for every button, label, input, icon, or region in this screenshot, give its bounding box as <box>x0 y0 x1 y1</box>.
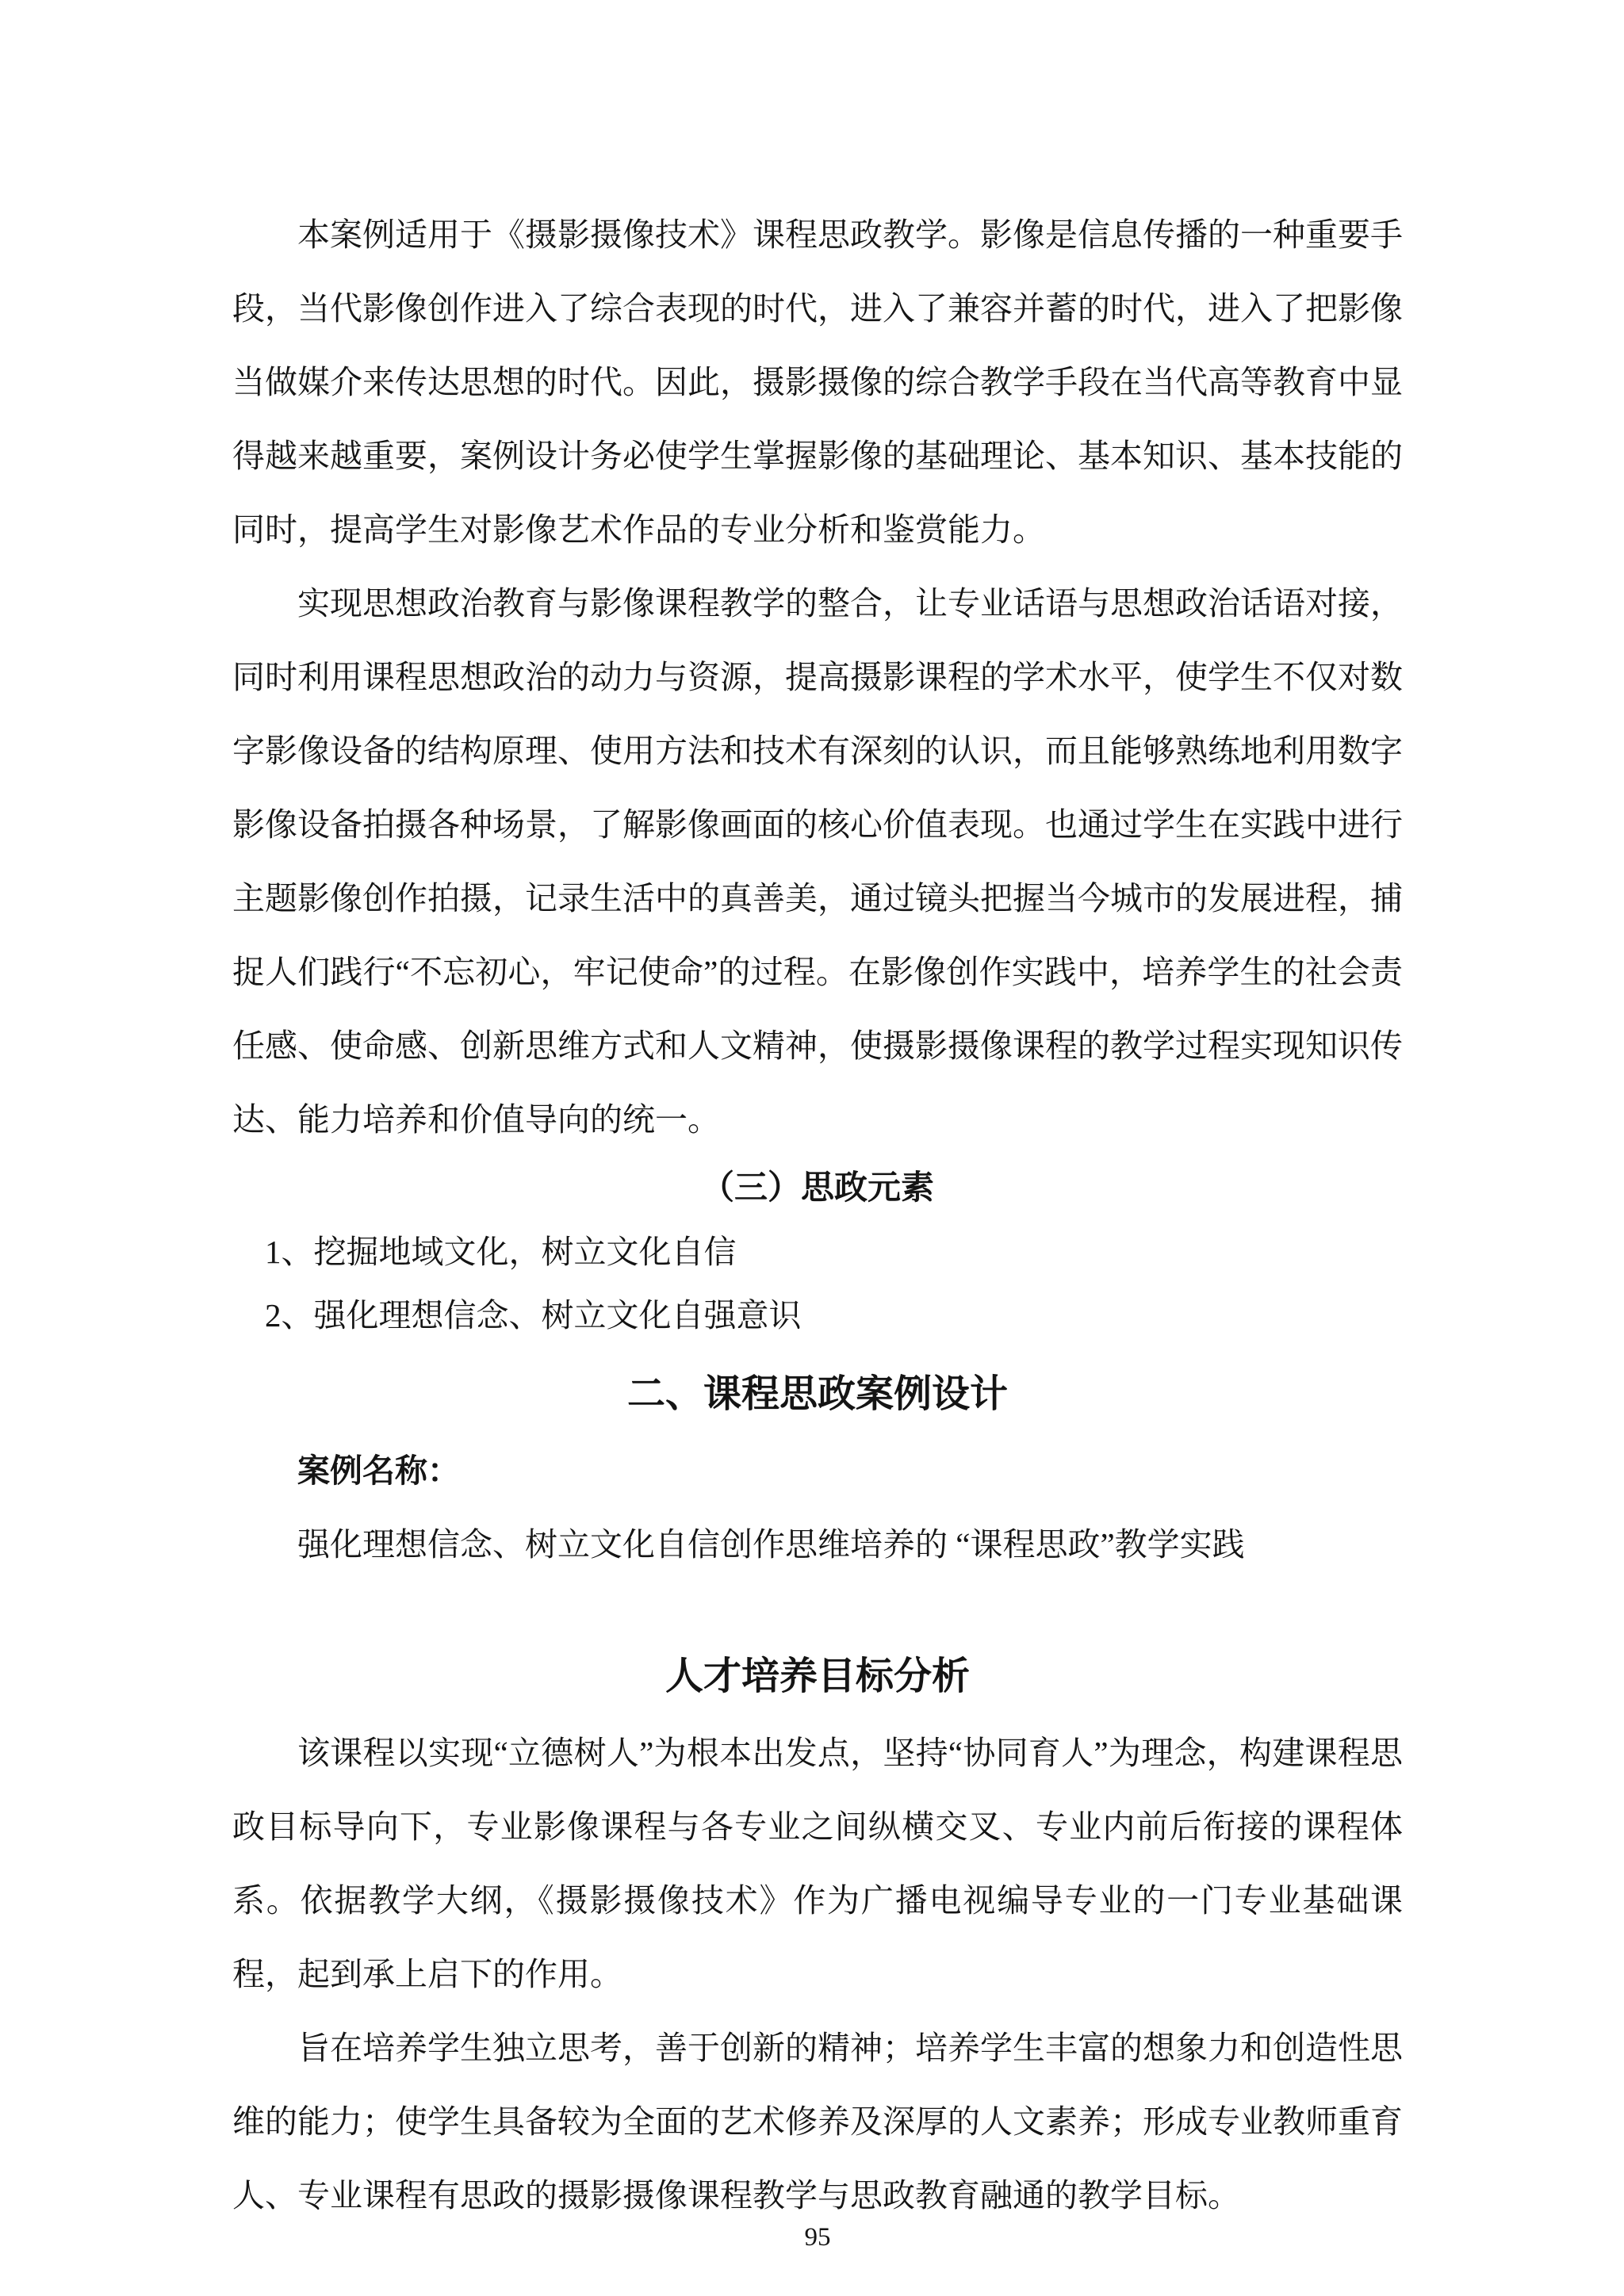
paragraph-integration: 实现思想政治教育与影像课程教学的整合，让专业话语与思想政治话语对接，同时利用课程… <box>232 567 1403 1157</box>
paragraph-case-overview: 本案例适用于《摄影摄像技术》课程思政教学。影像是信息传播的一种重要手段，当代影像… <box>232 198 1403 567</box>
paragraph-course-system: 该课程以实现“立德树人”为根本出发点，坚持“协同育人”为理念，构建课程思政目标导… <box>232 1716 1403 2011</box>
document-page: 本案例适用于《摄影摄像技术》课程思政教学。影像是信息传播的一种重要手段，当代影像… <box>0 0 1624 2296</box>
case-name-label: 案例名称： <box>232 1434 1403 1508</box>
document-body: 本案例适用于《摄影摄像技术》课程思政教学。影像是信息传播的一种重要手段，当代影像… <box>232 198 1403 2253</box>
chapter-heading-case-design: 二、课程思政案例设计 <box>232 1355 1403 1434</box>
paragraph-teaching-aim: 旨在培养学生独立思考，善于创新的精神；培养学生丰富的想象力和创造性思维的能力；使… <box>232 2011 1403 2233</box>
list-item-regional-culture: 1、挖掘地域文化，树立文化自信 <box>232 1220 1403 1284</box>
case-name-text: 强化理想信念、树立文化自信创作思维培养的 “课程思政”教学实践 <box>232 1508 1403 1582</box>
section-heading-sizheng-elements: （三）思政元素 <box>232 1157 1403 1220</box>
list-item-ideal-belief: 2、强化理想信念、树立文化自强意识 <box>232 1284 1403 1347</box>
chapter-heading-talent-analysis: 人才培养目标分析 <box>232 1637 1403 1716</box>
